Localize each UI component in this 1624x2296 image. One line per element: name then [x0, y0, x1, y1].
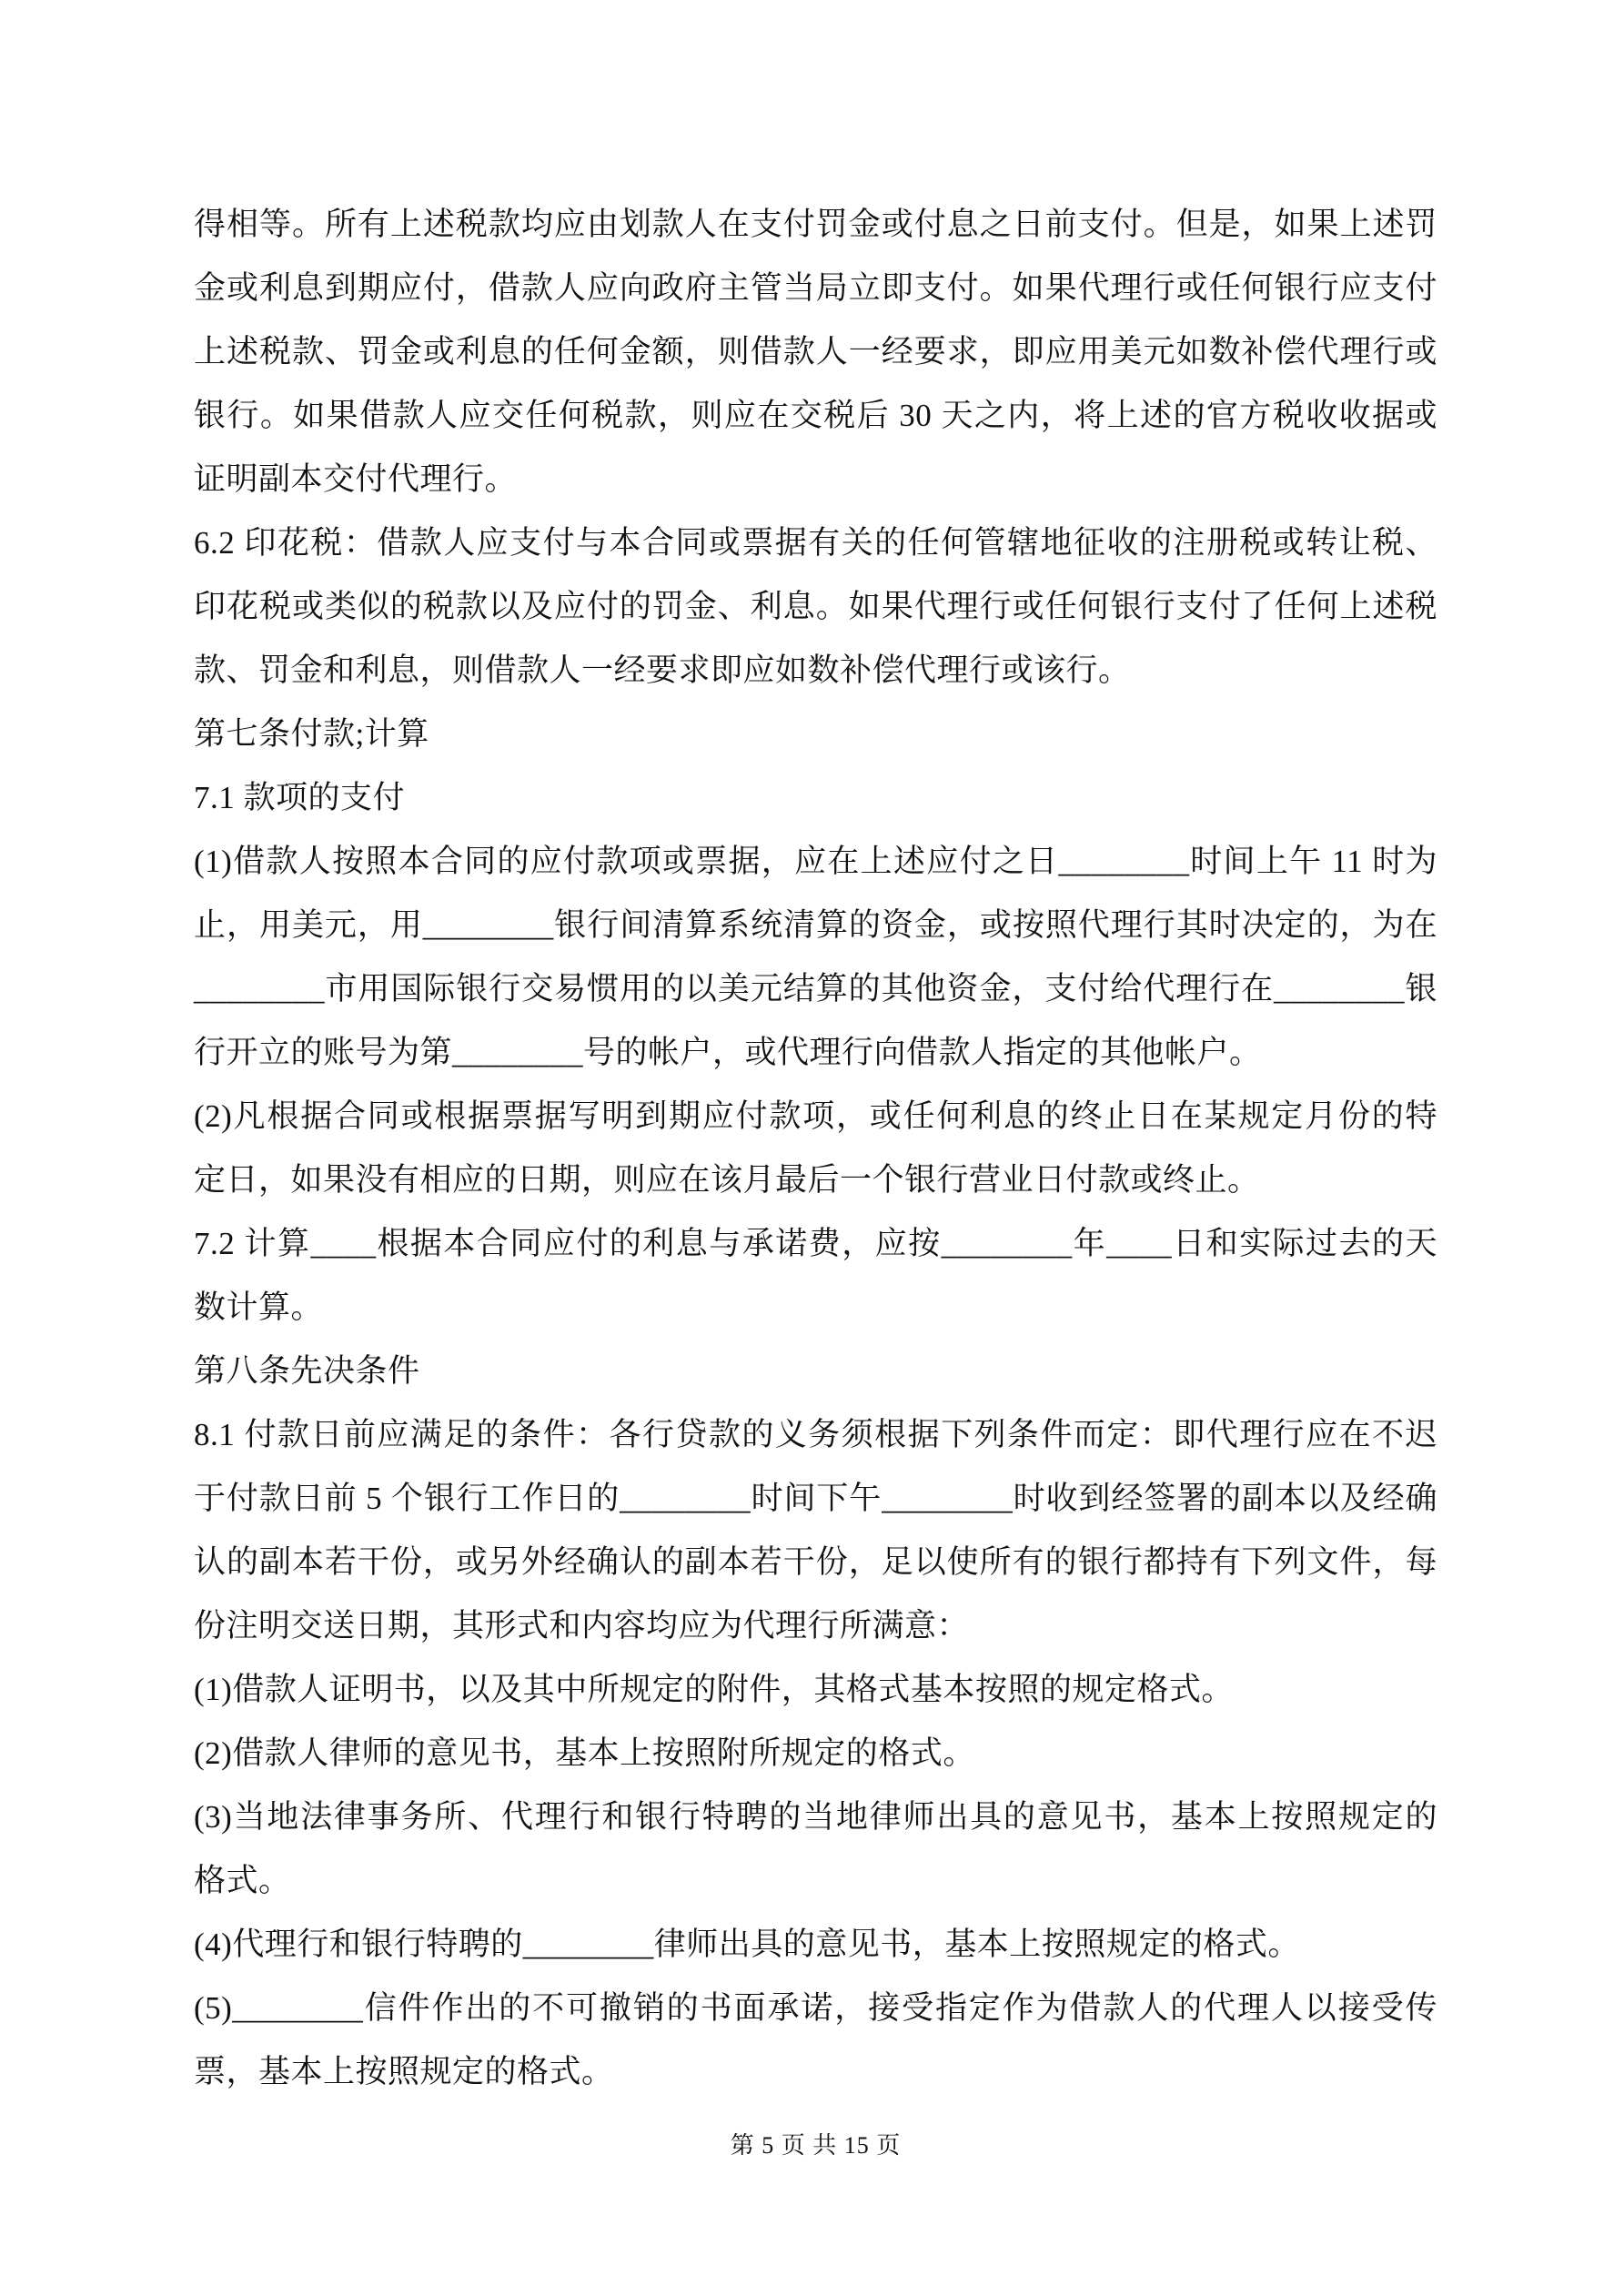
contract-line: 印花税或类似的税款以及应付的罚金、利息。如果代理行或任何银行支付了任何上述税 [194, 575, 1437, 639]
contract-line: 8.1 付款日前应满足的条件：各行贷款的义务须根据下列条件而定：即代理行应在不迟 [194, 1403, 1437, 1467]
contract-document-page: 得相等。所有上述税款均应由划款人在支付罚金或付息之日前支付。但是，如果上述罚 金… [0, 0, 1624, 2296]
contract-line: 款、罚金和利息，则借款人一经要求即应如数补偿代理行或该行。 [194, 639, 1437, 703]
contract-line: 得相等。所有上述税款均应由划款人在支付罚金或付息之日前支付。但是，如果上述罚 [194, 193, 1437, 257]
contract-line: (4)代理行和银行特聘的________律师出具的意见书，基本上按照规定的格式。 [194, 1913, 1437, 1977]
contract-line: 金或利息到期应付，借款人应向政府主管当局立即支付。如果代理行或任何银行应支付 [194, 257, 1437, 320]
section-heading: 第八条先决条件 [194, 1340, 1437, 1403]
contract-line: 票，基本上按照规定的格式。 [194, 2040, 1437, 2104]
contract-line: 6.2 印花税：借款人应支付与本合同或票据有关的任何管辖地征收的注册税或转让税、 [194, 511, 1437, 575]
contract-line: (5)________信件作出的不可撤销的书面承诺，接受指定作为借款人的代理人以… [194, 1977, 1437, 2040]
contract-line: (2)凡根据合同或根据票据写明到期应付款项，或任何利息的终止日在某规定月份的特 [194, 1085, 1437, 1148]
contract-line: 于付款日前 5 个银行工作日的________时间下午________时收到经签… [194, 1467, 1437, 1531]
clause-heading: 7.1 款项的支付 [194, 766, 1437, 830]
contract-line: 止，用美元，用________银行间清算系统清算的资金，或按照代理行其时决定的，… [194, 894, 1437, 957]
contract-line: (1)借款人按照本合同的应付款项或票据，应在上述应付之日________时间上午… [194, 830, 1437, 894]
contract-line: 银行。如果借款人应交任何税款，则应在交税后 30 天之内，将上述的官方税收收据或 [194, 384, 1437, 448]
contract-line: 格式。 [194, 1849, 1437, 1913]
contract-line: 数计算。 [194, 1276, 1437, 1340]
contract-line: (2)借款人律师的意见书，基本上按照附所规定的格式。 [194, 1722, 1437, 1785]
contract-line: 定日，如果没有相应的日期，则应在该月最后一个银行营业日付款或终止。 [194, 1148, 1437, 1212]
contract-line: 认的副本若干份，或另外经确认的副本若干份，足以使所有的银行都持有下列文件，每 [194, 1531, 1437, 1594]
contract-line: 份注明交送日期，其形式和内容均应为代理行所满意： [194, 1594, 1437, 1658]
page-number-footer: 第 5 页 共 15 页 [194, 2128, 1437, 2164]
contract-line: 上述税款、罚金或利息的任何金额，则借款人一经要求，即应用美元如数补偿代理行或 [194, 320, 1437, 384]
contract-line: (1)借款人证明书，以及其中所规定的附件，其格式基本按照的规定格式。 [194, 1658, 1437, 1722]
contract-line: ________市用国际银行交易惯用的以美元结算的其他资金，支付给代理行在___… [194, 957, 1437, 1021]
contract-line: 7.2 计算____根据本合同应付的利息与承诺费，应按________年____… [194, 1212, 1437, 1276]
section-heading: 第七条付款;计算 [194, 703, 1437, 766]
contract-line: (3)当地法律事务所、代理行和银行特聘的当地律师出具的意见书，基本上按照规定的 [194, 1785, 1437, 1849]
contract-line: 证明副本交付代理行。 [194, 448, 1437, 511]
contract-line: 行开立的账号为第________号的帐户，或代理行向借款人指定的其他帐户。 [194, 1021, 1437, 1085]
